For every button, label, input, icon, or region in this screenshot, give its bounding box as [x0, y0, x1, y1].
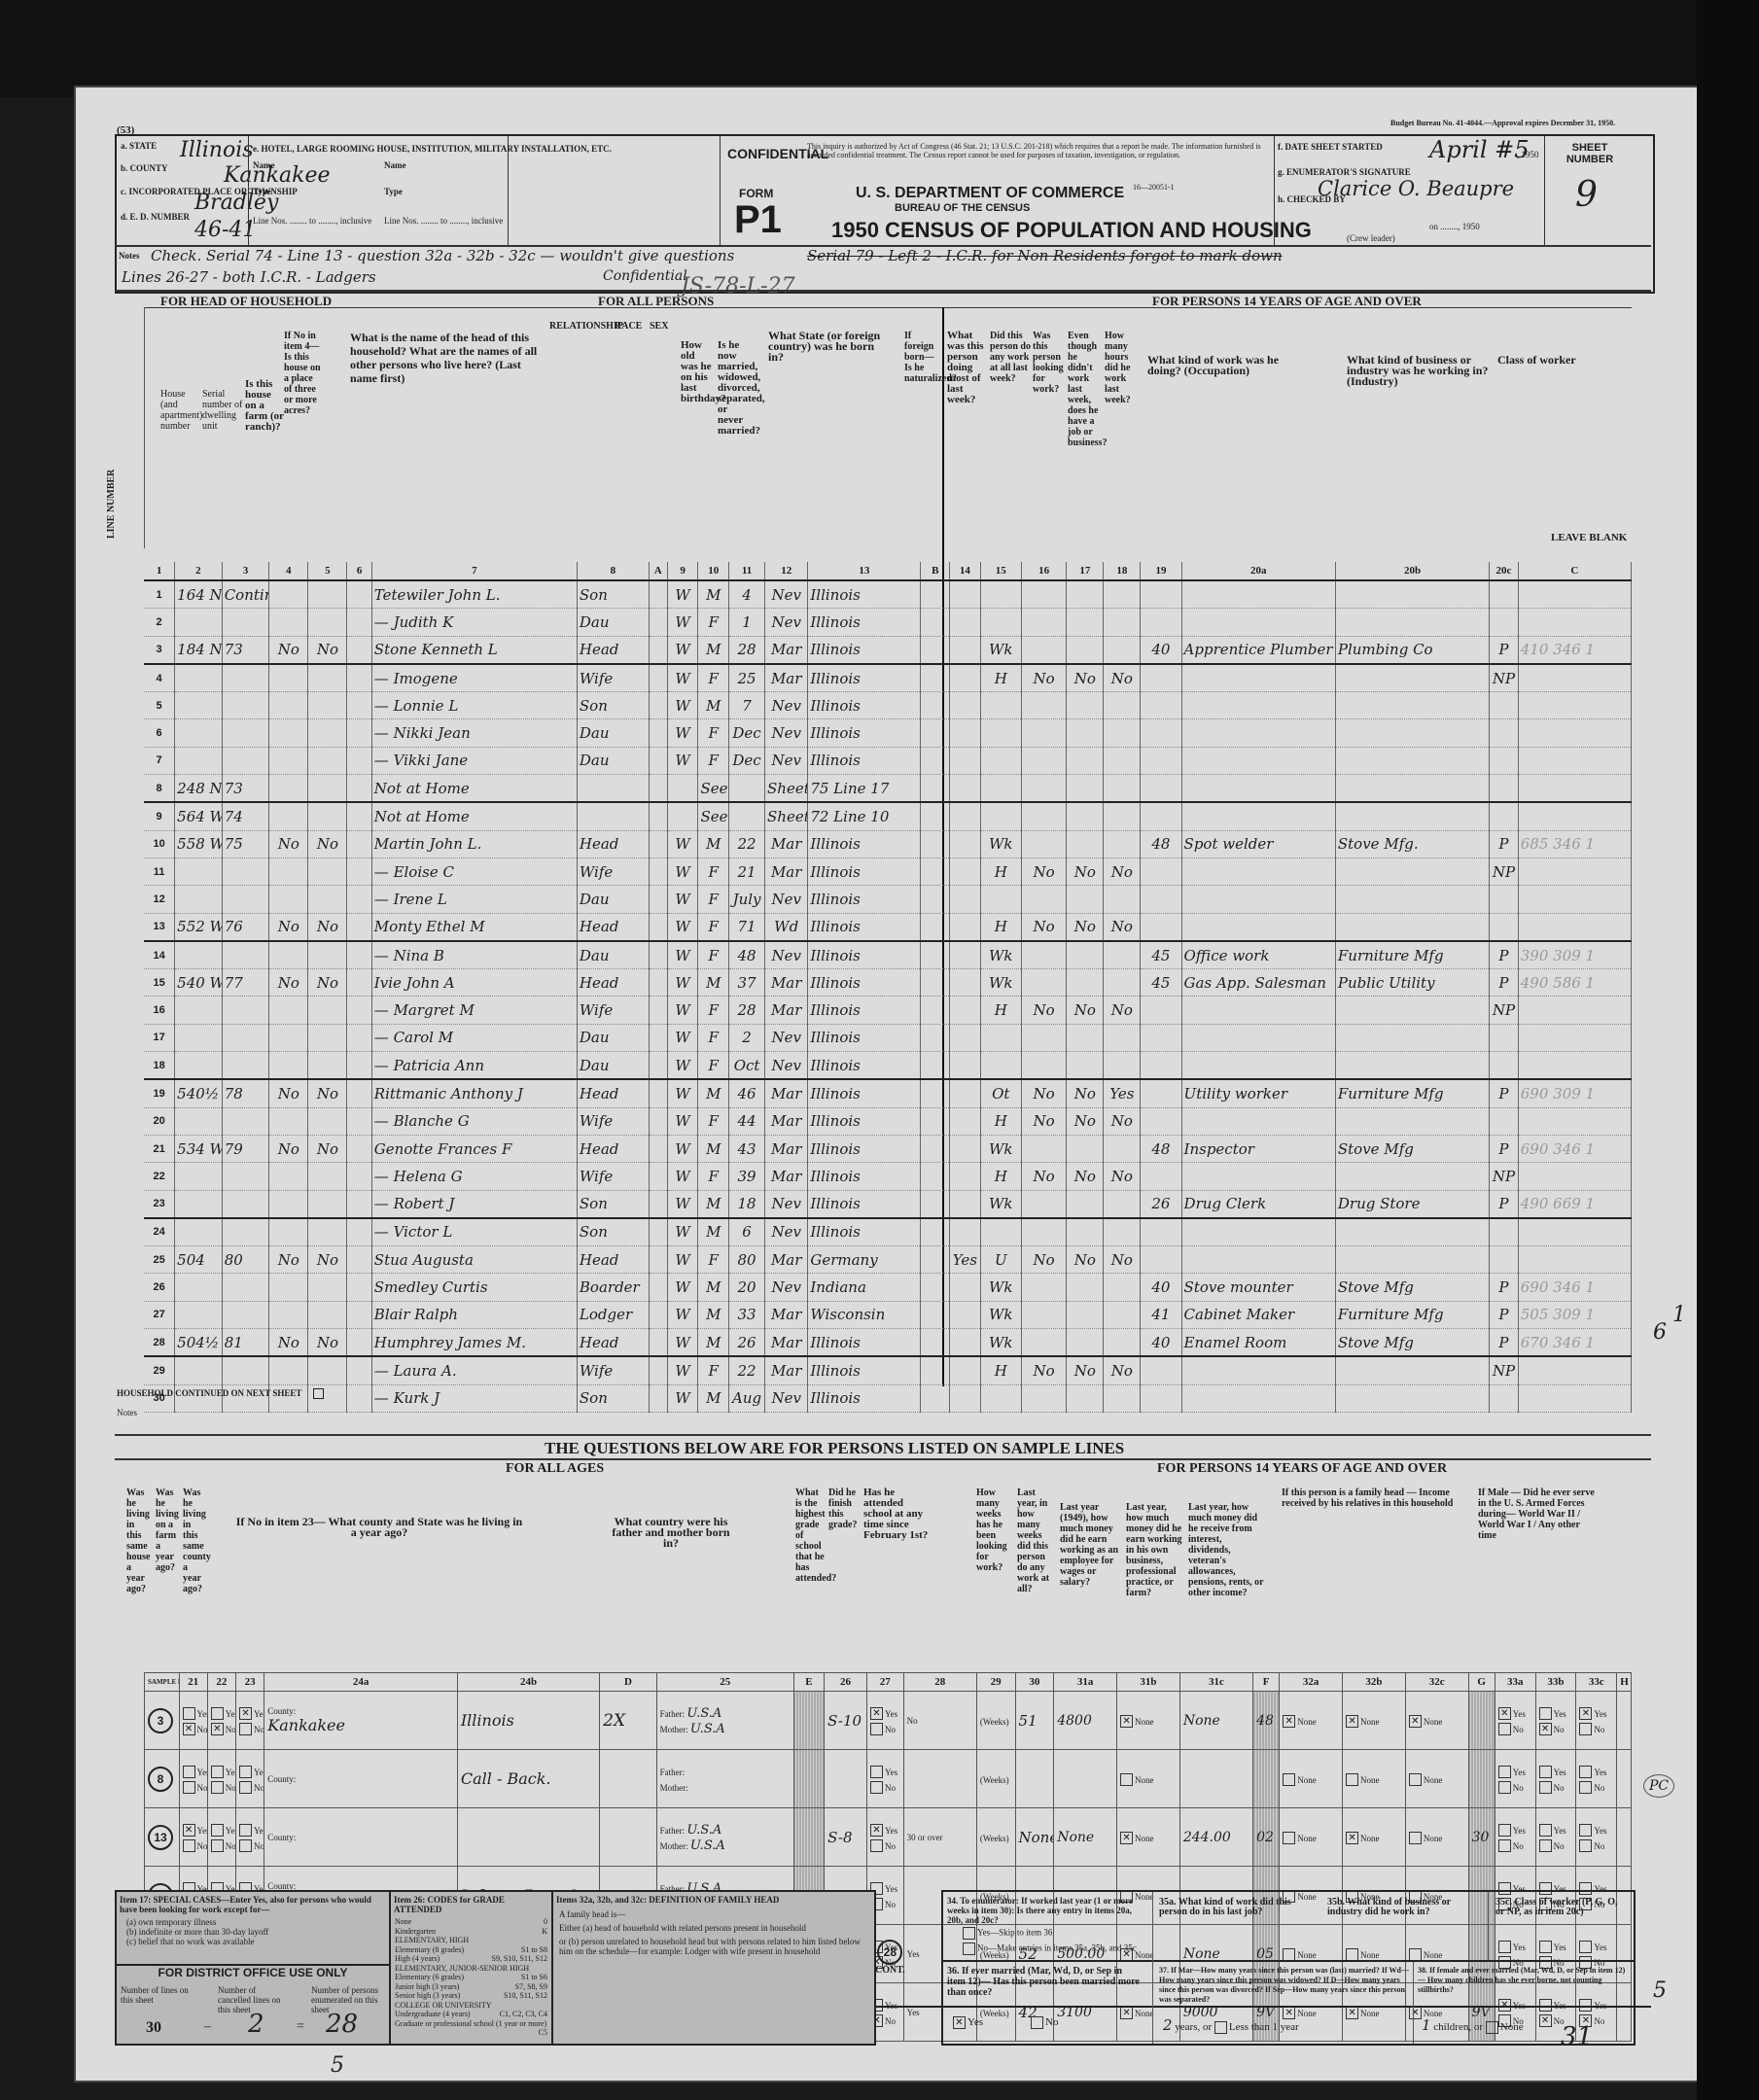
- serial-number: [222, 719, 269, 747]
- none-checkbox[interactable]: [1120, 1773, 1133, 1786]
- sample-column-number: 21: [179, 1673, 207, 1692]
- birthplace: 75 Line 17: [808, 775, 921, 803]
- relationship: Wife: [577, 1107, 649, 1135]
- yes-checkbox[interactable]: ✕: [870, 1707, 883, 1720]
- any-work: No: [1021, 1356, 1066, 1384]
- column-number: 8: [577, 562, 649, 580]
- acres: [308, 886, 347, 913]
- age: 22: [729, 830, 765, 857]
- marital-status: Mar: [765, 1246, 808, 1274]
- header-race: RACE: [615, 321, 644, 332]
- header-looking: Was this person looking for work?: [1033, 331, 1064, 395]
- occupation: [1181, 609, 1335, 636]
- household-continued-checkbox[interactable]: [313, 1388, 324, 1399]
- special-cases-box: Item 17: SPECIAL CASES—Enter Yes, also f…: [115, 1890, 391, 1968]
- occupation: [1181, 802, 1335, 830]
- activity-last-week: [980, 609, 1021, 636]
- yes-checkbox[interactable]: [239, 1824, 252, 1837]
- yes-checkbox[interactable]: ✕: [870, 1824, 883, 1837]
- class-of-worker: [1490, 747, 1519, 774]
- looking-for-work: [1067, 1218, 1104, 1246]
- activity-last-week: [980, 580, 1021, 609]
- none-checkbox[interactable]: ✕: [1346, 1715, 1358, 1728]
- class-of-worker: [1490, 1246, 1519, 1274]
- farm: [269, 1218, 308, 1246]
- person-name: Not at Home: [371, 775, 577, 803]
- yes-checkbox[interactable]: ✕: [1579, 1707, 1592, 1720]
- header-acres: If No in item 4— Is this house on a plac…: [284, 331, 323, 416]
- person-name: — Judith K: [371, 609, 577, 636]
- birthplace: Illinois: [808, 997, 921, 1024]
- looking-for-work: [1067, 775, 1104, 803]
- house-number: 504: [175, 1246, 223, 1274]
- sample-cell: [1468, 1692, 1495, 1750]
- sample-cell: County:: [264, 1750, 458, 1808]
- serial-number: Continued: [222, 580, 269, 609]
- yes-checkbox[interactable]: [1579, 1766, 1592, 1778]
- office-code: [1518, 1356, 1631, 1384]
- race: [667, 775, 698, 803]
- no-checkbox[interactable]: [211, 1781, 224, 1794]
- naturalized: [950, 802, 981, 830]
- house-number: [175, 719, 223, 747]
- farm: [269, 1107, 308, 1135]
- farm: No: [269, 636, 308, 664]
- industry: [1335, 1384, 1489, 1412]
- no-checkbox[interactable]: [239, 1781, 252, 1794]
- none-checkbox[interactable]: ✕: [1346, 1832, 1358, 1844]
- sample-column-number: 24a: [264, 1673, 458, 1692]
- naturalized: [950, 1052, 981, 1080]
- notes-label-2: Notes: [117, 1408, 137, 1417]
- sample-cell: 13: [145, 1808, 180, 1867]
- acres: No: [308, 1135, 347, 1162]
- industry: [1335, 692, 1489, 719]
- birthplace: Illinois: [808, 1052, 921, 1080]
- no-checkbox[interactable]: [1539, 1839, 1552, 1852]
- leave-blank-b: [921, 802, 950, 830]
- grade-code-item: Undergraduate (4 years) C1, C2, C3, C4: [395, 2010, 547, 2019]
- naturalized: [950, 941, 981, 969]
- race: W: [667, 1301, 698, 1328]
- yes-checkbox[interactable]: [1539, 1824, 1552, 1837]
- leave-blank-b: [921, 664, 950, 692]
- sex: F: [698, 1356, 729, 1384]
- serial-number: [222, 1190, 269, 1218]
- house-number: [175, 857, 223, 885]
- leave-blank-a: [649, 913, 667, 941]
- table-row: 18— Patricia AnnDauWFOctNevIllinois: [144, 1052, 1632, 1080]
- q31a-header: Last year (1949), how much money did he …: [1060, 1502, 1118, 1588]
- sample-cell: Call - Back.: [457, 1750, 599, 1808]
- office-code: 670 346 1: [1518, 1329, 1631, 1357]
- birthplace: Illinois: [808, 886, 921, 913]
- hours-worked: [1141, 1024, 1181, 1051]
- hours-worked: [1141, 692, 1181, 719]
- yes-checkbox[interactable]: [239, 1766, 252, 1778]
- class-of-worker: [1490, 1107, 1519, 1135]
- confidential-text: This inquiry is authorized by Act of Con…: [807, 142, 1264, 159]
- yes-checkbox[interactable]: [211, 1707, 224, 1720]
- class-of-worker: P: [1490, 636, 1519, 664]
- sample-cell: Yes✕No: [207, 1692, 235, 1750]
- header-hours: How many hours did he work last week?: [1105, 331, 1138, 405]
- acres: [308, 857, 347, 885]
- yes-checkbox[interactable]: [211, 1824, 224, 1837]
- occupation: [1181, 857, 1335, 885]
- marital-status: Mar: [765, 997, 808, 1024]
- line-nos-2: Line Nos. ........ to ........, inclusiv…: [384, 216, 503, 226]
- farm: [269, 664, 308, 692]
- no-checkbox[interactable]: ✕: [183, 1723, 195, 1735]
- race: W: [667, 1079, 698, 1107]
- leave-blank-b: [921, 1329, 950, 1357]
- no-checkbox[interactable]: ✕: [1539, 1723, 1552, 1735]
- race: W: [667, 1052, 698, 1080]
- person-name: — Victor L: [371, 1218, 577, 1246]
- table-row: 3184 North73NoNoStone Kenneth LHeadWM28M…: [144, 636, 1632, 664]
- no-checkbox[interactable]: [183, 1781, 195, 1794]
- acres: [308, 1356, 347, 1384]
- serial-number: [222, 1301, 269, 1328]
- has-job: [1104, 636, 1141, 664]
- table-row: 30— Kurk JSonWMAugNevIllinois: [144, 1384, 1632, 1412]
- relationship: Wife: [577, 1163, 649, 1190]
- sample-cell: [903, 1750, 976, 1808]
- acres: [308, 692, 347, 719]
- none-checkbox[interactable]: [1409, 1832, 1422, 1844]
- yes-checkbox[interactable]: [1498, 1766, 1511, 1778]
- sample-cell: YesNo: [236, 1808, 264, 1867]
- serial-number: [222, 1356, 269, 1384]
- sample-line-number: 8: [148, 1767, 173, 1792]
- any-work: [1021, 886, 1066, 913]
- age: 28: [729, 997, 765, 1024]
- any-work: No: [1021, 664, 1066, 692]
- form-id: P1: [734, 198, 782, 242]
- industry: Plumbing Co: [1335, 636, 1489, 664]
- race: W: [667, 1135, 698, 1162]
- industry: Stove Mfg: [1335, 1329, 1489, 1357]
- serial-number: 77: [222, 969, 269, 997]
- wages-income: 4800: [1057, 1713, 1092, 1729]
- no-checkbox[interactable]: [1498, 1839, 1511, 1852]
- other-income: None: [1183, 1713, 1220, 1729]
- yes-checkbox[interactable]: [1539, 1707, 1552, 1720]
- acres: [308, 609, 347, 636]
- acres: [308, 664, 347, 692]
- has-job: No: [1104, 664, 1141, 692]
- sample-cell: [793, 1750, 824, 1808]
- sex: F: [698, 719, 729, 747]
- birthplace: Illinois: [808, 1024, 921, 1051]
- enumerator-label: g. ENUMERATOR'S SIGNATURE: [1278, 167, 1411, 177]
- sex: See: [698, 775, 729, 803]
- acres: [308, 580, 347, 609]
- sex: See: [698, 802, 729, 830]
- none-checkbox[interactable]: [1346, 1773, 1358, 1786]
- leave-blank-a: [649, 1218, 667, 1246]
- sample-cell: YesNo: [207, 1750, 235, 1808]
- industry: [1335, 719, 1489, 747]
- house-number: [175, 997, 223, 1024]
- ag-questionnaire: [347, 609, 371, 636]
- looking-for-work: [1067, 941, 1104, 969]
- no-checkbox[interactable]: [239, 1723, 252, 1735]
- bureau: BUREAU OF THE CENSUS: [895, 202, 1030, 214]
- race: W: [667, 1384, 698, 1412]
- ag-questionnaire: [347, 802, 371, 830]
- marital-status: Nev: [765, 580, 808, 609]
- no-checkbox[interactable]: [870, 1723, 883, 1735]
- none-checkbox[interactable]: ✕: [1120, 1832, 1133, 1844]
- office-code: [1518, 1052, 1631, 1080]
- occupation: [1181, 664, 1335, 692]
- yes-checkbox[interactable]: [211, 1766, 224, 1778]
- hours-worked: 40: [1141, 1274, 1181, 1301]
- table-row: 2550480NoNoStua AugustaHeadWF80MarGerman…: [144, 1246, 1632, 1274]
- sample-row: 13✕YesNoYesNoYesNoCounty:Father: U.S.AMo…: [145, 1808, 1632, 1867]
- line-number: 15: [144, 969, 175, 997]
- yes-checkbox[interactable]: [183, 1707, 195, 1720]
- sample-column-number: H: [1617, 1673, 1632, 1692]
- line-number: 8: [144, 775, 175, 803]
- table-row: 5— Lonnie LSonWM7NevIllinois: [144, 692, 1632, 719]
- sample-column-number: 29: [976, 1673, 1015, 1692]
- yes-checkbox[interactable]: ✕: [183, 1824, 195, 1837]
- budget-note: Budget Bureau No. 41-4044.—Approval expi…: [1390, 119, 1615, 127]
- activity-last-week: Wk: [980, 1301, 1021, 1328]
- industry: [1335, 1218, 1489, 1246]
- none-checkbox[interactable]: [1409, 1773, 1422, 1786]
- birthplace: Illinois: [808, 692, 921, 719]
- class-of-worker: [1490, 692, 1519, 719]
- state-value: Illinois: [180, 138, 254, 162]
- house-number: [175, 1356, 223, 1384]
- house-number: 558 West: [175, 830, 223, 857]
- race: W: [667, 886, 698, 913]
- yes-checkbox[interactable]: [1539, 1766, 1552, 1778]
- person-name: Rittmanic Anthony J: [371, 1079, 577, 1107]
- ag-questionnaire: [347, 886, 371, 913]
- activity-last-week: U: [980, 1246, 1021, 1274]
- marital-status: Mar: [765, 1135, 808, 1162]
- no-checkbox[interactable]: [1579, 1839, 1592, 1852]
- none-checkbox[interactable]: ✕: [1283, 1715, 1295, 1728]
- sample-cell: ✕None: [1280, 1692, 1343, 1750]
- table-row: 8248 North73Not at HomeSeeSheet75 Line 1…: [144, 775, 1632, 803]
- yes-checkbox[interactable]: [183, 1766, 195, 1778]
- sample-cell: None: [1280, 1808, 1343, 1867]
- sample-column-number: 26: [825, 1673, 867, 1692]
- age: 2: [729, 1024, 765, 1051]
- sample-cell: ✕YesNo: [236, 1692, 264, 1750]
- birthplace: Illinois: [808, 747, 921, 774]
- sample-column-number: 23: [236, 1673, 264, 1692]
- q37-less-than-year-checkbox[interactable]: [1214, 2021, 1227, 2034]
- yes-checkbox[interactable]: ✕: [1498, 1707, 1511, 1720]
- yes-checkbox[interactable]: [1498, 1824, 1511, 1837]
- none-checkbox[interactable]: ✕: [1120, 1715, 1133, 1728]
- industry: Drug Store: [1335, 1190, 1489, 1218]
- industry: Stove Mfg.: [1335, 830, 1489, 857]
- leave-blank-b: [921, 969, 950, 997]
- district-office-box: FOR DISTRICT OFFICE USE ONLY Number of l…: [115, 1964, 391, 2046]
- sample-row: 3Yes✕NoYes✕No✕YesNoCounty:KankakeeIllino…: [145, 1692, 1632, 1750]
- sample-column-number: G: [1468, 1673, 1495, 1692]
- naturalized: [950, 692, 981, 719]
- naturalized: [950, 580, 981, 609]
- table-row: 2— Judith KDauWF1NevIllinois: [144, 609, 1632, 636]
- looking-for-work: No: [1067, 664, 1104, 692]
- table-row: 6— Nikki JeanDauWFDecNevIllinois: [144, 719, 1632, 747]
- yes-checkbox[interactable]: [1579, 1824, 1592, 1837]
- line-number: 10: [144, 830, 175, 857]
- naturalized: [950, 1329, 981, 1357]
- sample-cell: None: [1117, 1750, 1180, 1808]
- leave-blank-b: [921, 1274, 950, 1301]
- acres: [308, 1218, 347, 1246]
- q21-header: Was he living in this same house a year …: [126, 1487, 152, 1594]
- column-number-row: 12345678A910111213B14151617181920a20b20c…: [144, 562, 1632, 580]
- checked-on: on ........, 1950: [1429, 222, 1480, 231]
- column-number: 20c: [1490, 562, 1519, 580]
- grade-code-item: Elementary (8 grades) S1 to S8: [395, 1945, 547, 1955]
- no-checkbox[interactable]: [1539, 1781, 1552, 1794]
- no-checkbox[interactable]: [1498, 1781, 1511, 1794]
- no-checkbox[interactable]: [1498, 1723, 1511, 1735]
- sample-cell: ✕YesNo: [1576, 1692, 1617, 1750]
- line-number: 4: [144, 664, 175, 692]
- no-checkbox[interactable]: [870, 1839, 883, 1852]
- no-checkbox[interactable]: [870, 1781, 883, 1794]
- hours-worked: [1141, 1079, 1181, 1107]
- person-name: — Vikki Jane: [371, 747, 577, 774]
- q38-none-checkbox[interactable]: [1486, 2021, 1498, 2034]
- acres: No: [308, 636, 347, 664]
- q36-yes-checkbox[interactable]: ✕: [953, 2016, 966, 2029]
- sex: M: [698, 580, 729, 609]
- house-number: 564 West: [175, 802, 223, 830]
- yes-checkbox[interactable]: [870, 1766, 883, 1778]
- column-number: 9: [667, 562, 698, 580]
- acres: [308, 1274, 347, 1301]
- occupation: [1181, 719, 1335, 747]
- age: Dec: [729, 747, 765, 774]
- grade-codes-box: Item 26: CODES for GRADE ATTENDED None 0…: [389, 1890, 553, 2046]
- date-label: f. DATE SHEET STARTED: [1278, 142, 1383, 152]
- line-number: 23: [144, 1190, 175, 1218]
- class-of-worker: NP: [1490, 664, 1519, 692]
- class-of-worker: NP: [1490, 1163, 1519, 1190]
- house-number: 552 West: [175, 913, 223, 941]
- leave-blank-b: [921, 1190, 950, 1218]
- class-of-worker: [1490, 609, 1519, 636]
- yes-checkbox[interactable]: ✕: [239, 1707, 252, 1720]
- hours-worked: 40: [1141, 636, 1181, 664]
- sample-cell: YesNo: [207, 1808, 235, 1867]
- looking-for-work: [1067, 1024, 1104, 1051]
- none-checkbox[interactable]: ✕: [1409, 1715, 1422, 1728]
- grade-code-item: Senior high (3 years) S10, S11, S12: [395, 1991, 547, 2001]
- birthplace: Illinois: [808, 1107, 921, 1135]
- farm: No: [269, 913, 308, 941]
- has-job: [1104, 1384, 1141, 1412]
- sample-cell: [1468, 1750, 1495, 1808]
- q36-no-checkbox[interactable]: [1031, 2016, 1043, 2029]
- ag-questionnaire: [347, 1190, 371, 1218]
- q22-header: Was he living on a farm a year ago?: [156, 1487, 181, 1573]
- class-of-worker: P: [1490, 941, 1519, 969]
- q34-yes-checkbox[interactable]: [963, 1927, 975, 1940]
- column-number: 4: [269, 562, 308, 580]
- relationship: Son: [577, 1190, 649, 1218]
- occupation: Gas App. Salesman: [1181, 969, 1335, 997]
- hours-worked: [1141, 719, 1181, 747]
- any-work: [1021, 636, 1066, 664]
- class-of-worker: P: [1490, 969, 1519, 997]
- relationship: Dau: [577, 747, 649, 774]
- class-of-worker: [1490, 802, 1519, 830]
- marital-status: Sheet: [765, 775, 808, 803]
- any-work: [1021, 747, 1066, 774]
- no-checkbox[interactable]: [183, 1839, 195, 1852]
- person-name: — Laura A.: [371, 1356, 577, 1384]
- institution-type-label-1: Type: [253, 187, 271, 196]
- no-checkbox[interactable]: [211, 1839, 224, 1852]
- table-row: 26Smedley CurtisBoarderWM20NevIndianaWk4…: [144, 1274, 1632, 1301]
- any-work: [1021, 969, 1066, 997]
- looking-for-work: [1067, 1190, 1104, 1218]
- none-checkbox[interactable]: [1283, 1832, 1295, 1844]
- race: W: [667, 747, 698, 774]
- office-code: [1518, 747, 1631, 774]
- enumerator-signature: Clarice O. Beaupre: [1318, 177, 1514, 200]
- none-checkbox[interactable]: [1283, 1773, 1295, 1786]
- sample-cell: ✕YesNo: [866, 1692, 903, 1750]
- sheet-number-label: SHEET NUMBER: [1556, 142, 1624, 165]
- header-relationship: RELATIONSHIP: [549, 321, 608, 332]
- sex: F: [698, 1246, 729, 1274]
- table-row: 23— Robert JSonWM18NevIllinoisWk26Drug C…: [144, 1190, 1632, 1218]
- q34-no-checkbox[interactable]: [963, 1942, 975, 1955]
- table-row: 21534 West79NoNoGenotte Frances FHeadWM4…: [144, 1135, 1632, 1162]
- any-work: [1021, 1301, 1066, 1328]
- looking-for-work: [1067, 1329, 1104, 1357]
- birthplace: Illinois: [808, 636, 921, 664]
- leave-blank-b: [921, 1107, 950, 1135]
- serial-number: 78: [222, 1079, 269, 1107]
- leave-blank-a: [649, 1329, 667, 1357]
- no-checkbox[interactable]: [1579, 1723, 1592, 1735]
- occupation: [1181, 1356, 1335, 1384]
- serial-number: [222, 747, 269, 774]
- birthplace: Illinois: [808, 1190, 921, 1218]
- birthplace: Illinois: [808, 857, 921, 885]
- occupation: [1181, 1384, 1335, 1412]
- leave-blank-b: [921, 886, 950, 913]
- no-checkbox[interactable]: [239, 1839, 252, 1852]
- no-checkbox[interactable]: ✕: [211, 1723, 224, 1735]
- activity-last-week: Wk: [980, 1274, 1021, 1301]
- no-checkbox[interactable]: [1579, 1781, 1592, 1794]
- sample-cell: None: [1054, 1808, 1117, 1867]
- any-work: [1021, 580, 1066, 609]
- serial-number: [222, 1274, 269, 1301]
- sample-column-number: 33c: [1576, 1673, 1617, 1692]
- house-number: 540 West: [175, 969, 223, 997]
- has-job: [1104, 802, 1141, 830]
